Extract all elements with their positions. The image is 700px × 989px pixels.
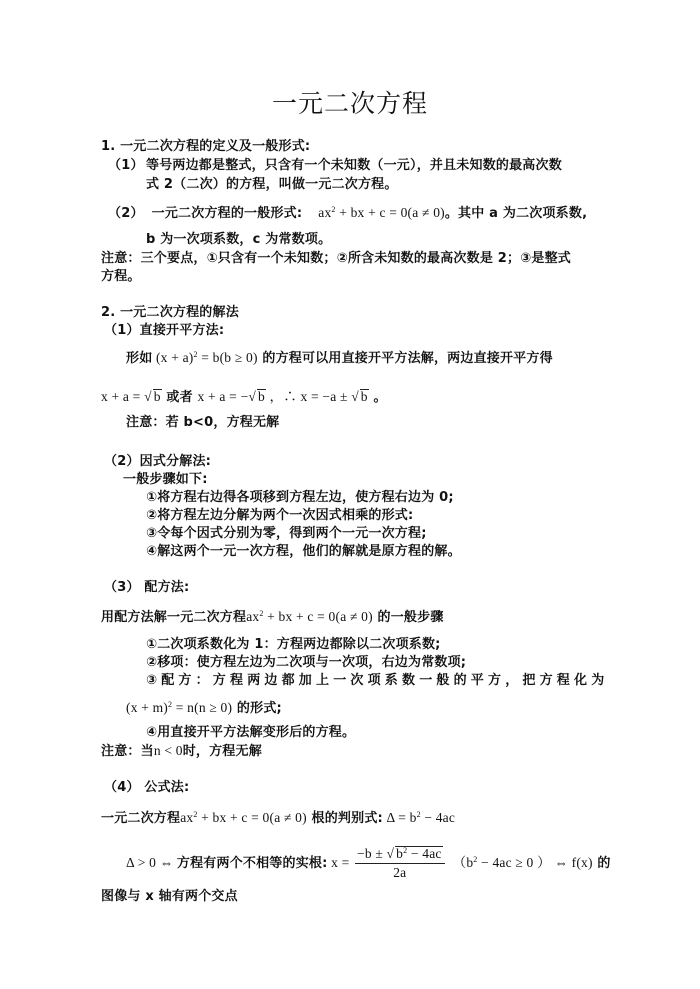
def-item2-line: （2）一元二次方程的一般形式:ax2 + bx + c = 0(a ≠ 0)。其…	[108, 204, 587, 223]
def-item2-label: 一元二次方程的一般形式:	[152, 206, 303, 221]
method2-step-3: ③令每个因式分别为零，得到两个一元一次方程;	[146, 525, 427, 543]
method3-intro-formula: ax2 + bx + c = 0(a ≠ 0)	[246, 609, 373, 624]
def-item1-line2: 式 2（二次）的方程，叫做一元二次方程。	[146, 176, 398, 194]
method3-step-2: ②移项：使方程左边为二次项与一次项，右边为常数项;	[146, 654, 466, 672]
method3-step-3: ③配方：方程两边都加上一次项系数一般的平方，把方程化为	[146, 672, 608, 690]
method3-step-4: ④用直接开平方法解变形后的方程。	[146, 724, 355, 742]
def-note-line2: 方程。	[101, 268, 141, 286]
method2-step-1: ①将方程右边得各项移到方程左边，使方程右边为 0;	[146, 489, 454, 507]
method3-intro: 用配方法解一元二次方程ax2 + bx + c = 0(a ≠ 0) 的一般步骤	[101, 608, 444, 627]
method4-line1: 一元二次方程ax2 + bx + c = 0(a ≠ 0) 根的判别式: Δ =…	[101, 809, 455, 828]
method2-subheading: 一般步骤如下:	[123, 471, 208, 489]
quadratic-formula-fraction: −b ± √b2 − 4ac2a	[355, 845, 445, 882]
method3-form: (x + m)2 = n(n ≥ 0) 的形式;	[126, 699, 282, 718]
def-item2-line2: b 为一次项系数，c 为常数项。	[146, 231, 331, 249]
method1-intro-formula: (x + a)2 = b(b ≥ 0)	[152, 350, 257, 365]
def-item2-marker: （2）	[108, 206, 144, 221]
page-title: 一元二次方程	[0, 88, 700, 120]
method3-heading: （3） 配方法:	[104, 579, 189, 597]
general-form-formula: ax2 + bx + c = 0(a ≠ 0)	[318, 205, 445, 220]
method4-general-formula: ax2 + bx + c = 0(a ≠ 0)	[180, 810, 307, 825]
method1-result: x + a = √b 或者 x + a = −√b ，∴ x = −a ± √b…	[101, 388, 387, 407]
method1-heading: （1）直接开平方法:	[104, 322, 224, 340]
def-item2-after: 。其中 a 为二次项系数,	[445, 206, 587, 221]
method1-note: 注意：若 b<0，方程无解	[126, 414, 279, 432]
section1-heading: 1. 一元二次方程的定义及一般形式:	[101, 138, 310, 156]
section2-heading: 2. 一元二次方程的解法	[101, 304, 239, 322]
method2-step-2: ②将方程左边分解为两个一次因式相乘的形式:	[146, 507, 413, 525]
method3-form-formula: (x + m)2 = n(n ≥ 0)	[126, 700, 232, 715]
def-item1-marker: （1）	[108, 157, 144, 175]
document-page: 一元二次方程 1. 一元二次方程的定义及一般形式: （1） 等号两边都是整式，只…	[0, 0, 700, 989]
method3-note: 注意：当n < 0时，方程无解	[101, 742, 262, 761]
method4-line2: Δ > 0 ⇔ 方程有两个不相等的实根: x = −b ± √b2 − 4ac2…	[126, 845, 611, 882]
method4-heading: （4） 公式法:	[104, 779, 189, 797]
method4-line3: 图像与 x 轴有两个交点	[101, 888, 238, 906]
def-note-line1: 注意：三个要点，①只含有一个未知数；②所含未知数的最高次数是 2；③是整式	[101, 250, 571, 268]
method3-step-1: ①二次项系数化为 1：方程两边都除以二次项系数;	[146, 636, 441, 654]
discriminant-formula: Δ = b2 − 4ac	[383, 810, 455, 825]
method1-intro: 形如 (x + a)2 = b(b ≥ 0) 的方程可以用直接开平方法解，两边直…	[126, 349, 553, 368]
method2-step-4: ④解这两个一元一次方程，他们的解就是原方程的解。	[146, 543, 461, 561]
def-item1-line1: 等号两边都是整式，只含有一个未知数（一元），并且未知数的最高次数	[146, 157, 562, 175]
method2-heading: （2）因式分解法:	[104, 453, 211, 471]
